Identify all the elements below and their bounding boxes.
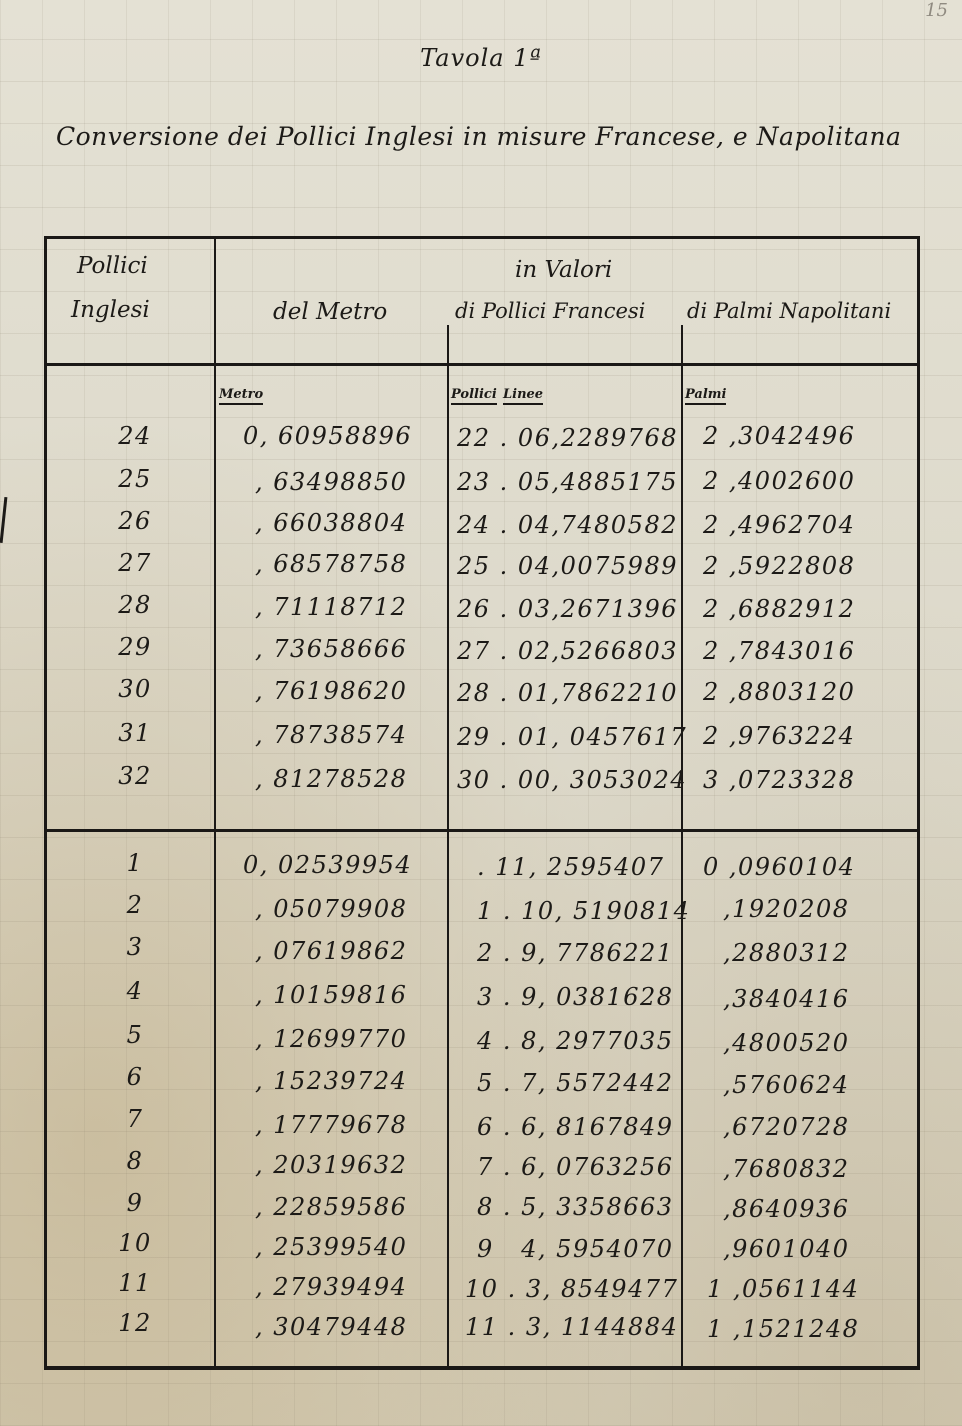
- cell-palmi: ,1920208: [723, 895, 850, 923]
- cell-palmi: 2 ,9763224: [703, 722, 855, 750]
- cell-francesi: 25 . 04,0075989: [457, 552, 678, 580]
- unit-metro: Metro: [219, 387, 263, 405]
- cell-metro: , 05079908: [255, 895, 407, 923]
- cell-pollici: 31: [75, 719, 195, 747]
- cell-metro: , 30479448: [255, 1313, 407, 1341]
- header-pollici-francesi: di Pollici Francesi: [455, 299, 645, 323]
- cell-palmi: 2 ,6882912: [703, 595, 855, 623]
- cell-francesi: 5 . 7, 5572442: [477, 1069, 674, 1097]
- cell-pollici: 10: [75, 1229, 195, 1257]
- cell-metro: , 73658666: [255, 635, 407, 663]
- cell-pollici: 12: [75, 1309, 195, 1337]
- col-divider-3: [681, 325, 683, 1366]
- cell-metro: , 78738574: [255, 721, 407, 749]
- header-divider: [47, 363, 917, 366]
- cell-metro: , 07619862: [255, 937, 407, 965]
- cell-metro: , 22859586: [255, 1193, 407, 1221]
- cell-francesi: 29 . 01, 0457617: [457, 723, 687, 751]
- cell-metro: , 27939494: [255, 1273, 407, 1301]
- unit-pollici: Pollici: [451, 387, 497, 405]
- cell-pollici: 32: [75, 762, 195, 790]
- cell-pollici: 24: [75, 422, 195, 450]
- header-group-in-valori: in Valori: [515, 257, 612, 283]
- cell-pollici: 26: [75, 507, 195, 535]
- cell-francesi: 26 . 03,2671396: [457, 595, 678, 623]
- cell-pollici: 2: [75, 891, 195, 919]
- cell-pollici: 28: [75, 591, 195, 619]
- cell-francesi: 2 . 9, 7786221: [477, 939, 674, 967]
- cell-metro: , 68578758: [255, 550, 407, 578]
- page-number: 15: [925, 0, 948, 21]
- cell-palmi: 2 ,4962704: [703, 511, 855, 539]
- cell-palmi: ,3840416: [723, 985, 850, 1013]
- cell-metro: , 71118712: [255, 593, 407, 621]
- cell-metro: , 10159816: [255, 981, 407, 1009]
- cell-francesi: 6 . 6, 8167849: [477, 1113, 674, 1141]
- cell-francesi: 8 . 5, 3358663: [477, 1193, 674, 1221]
- cell-palmi: ,6720728: [723, 1113, 850, 1141]
- cell-pollici: 25: [75, 465, 195, 493]
- cell-palmi: ,9601040: [723, 1235, 850, 1263]
- cell-francesi: 9 4, 5954070: [477, 1235, 674, 1263]
- cell-francesi: 24 . 04,7480582: [457, 511, 678, 539]
- cell-metro: , 63498850: [255, 468, 407, 496]
- header-pollici: Pollici: [77, 253, 148, 279]
- cell-pollici: 5: [75, 1021, 195, 1049]
- cell-palmi: 2 ,7843016: [703, 637, 855, 665]
- cell-pollici: 29: [75, 633, 195, 661]
- page-title: Tavola 1ª: [0, 44, 962, 72]
- cell-francesi: 7 . 6, 0763256: [477, 1153, 674, 1181]
- cell-metro: , 17779678: [255, 1111, 407, 1139]
- cell-francesi: 11 . 3, 1144884: [465, 1313, 678, 1341]
- cell-palmi: 2 ,5922808: [703, 552, 855, 580]
- cell-francesi: . 11, 2595407: [477, 853, 664, 881]
- cell-palmi: 1 ,0561144: [707, 1275, 859, 1303]
- cell-palmi: 2 ,8803120: [703, 678, 855, 706]
- cell-francesi: 28 . 01,7862210: [457, 679, 678, 707]
- cell-pollici: 11: [75, 1269, 195, 1297]
- cell-metro: , 81278528: [255, 765, 407, 793]
- cell-pollici: 3: [75, 933, 195, 961]
- cell-pollici: 9: [75, 1189, 195, 1217]
- cell-metro: , 12699770: [255, 1025, 407, 1053]
- cell-palmi: ,8640936: [723, 1195, 850, 1223]
- cell-pollici: 6: [75, 1063, 195, 1091]
- cell-francesi: 22 . 06,2289768: [457, 424, 678, 452]
- cell-palmi: 1 ,1521248: [707, 1315, 859, 1343]
- cell-palmi: ,2880312: [723, 939, 850, 967]
- col-divider-1: [214, 239, 216, 1366]
- conversion-table: Pollici Inglesi in Valori del Metro di P…: [44, 236, 920, 1370]
- cell-palmi: 2 ,4002600: [703, 467, 855, 495]
- col-divider-2: [447, 325, 449, 1366]
- cell-palmi: 2 ,3042496: [703, 422, 855, 450]
- cell-pollici: 30: [75, 675, 195, 703]
- cell-metro: , 25399540: [255, 1233, 407, 1261]
- cell-francesi: 27 . 02,5266803: [457, 637, 678, 665]
- cell-pollici: 8: [75, 1147, 195, 1175]
- cell-palmi: ,7680832: [723, 1155, 850, 1183]
- cell-francesi: 23 . 05,4885175: [457, 468, 678, 496]
- header-palmi-napolitani: di Palmi Napolitani: [687, 299, 891, 323]
- page-subtitle: Conversione dei Pollici Inglesi in misur…: [56, 122, 901, 151]
- cell-francesi: 4 . 8, 2977035: [477, 1027, 674, 1055]
- section-divider: [47, 829, 917, 832]
- unit-linee: Linee: [503, 387, 543, 405]
- cell-pollici: 27: [75, 549, 195, 577]
- cell-metro: 0, 02539954: [243, 851, 412, 879]
- cell-francesi: 30 . 00, 3053024: [457, 766, 687, 794]
- cell-francesi: 3 . 9, 0381628: [477, 983, 674, 1011]
- cell-pollici: 1: [75, 849, 195, 877]
- cell-francesi: 10 . 3, 8549477: [465, 1275, 678, 1303]
- unit-palmi: Palmi: [685, 387, 726, 405]
- cell-palmi: 3 ,0723328: [703, 766, 855, 794]
- cell-metro: , 20319632: [255, 1151, 407, 1179]
- cell-palmi: 0 ,0960104: [703, 853, 855, 881]
- cell-metro: , 66038804: [255, 509, 407, 537]
- cell-pollici: 4: [75, 977, 195, 1005]
- cell-metro: , 76198620: [255, 677, 407, 705]
- cell-metro: 0, 60958896: [243, 422, 412, 450]
- cell-palmi: ,5760624: [723, 1071, 850, 1099]
- header-inglesi: Inglesi: [71, 297, 150, 323]
- cell-palmi: ,4800520: [723, 1029, 850, 1057]
- cell-metro: , 15239724: [255, 1067, 407, 1095]
- cell-francesi: 1 . 10, 5190814: [477, 897, 690, 925]
- cell-pollici: 7: [75, 1105, 195, 1133]
- header-del-metro: del Metro: [273, 299, 387, 325]
